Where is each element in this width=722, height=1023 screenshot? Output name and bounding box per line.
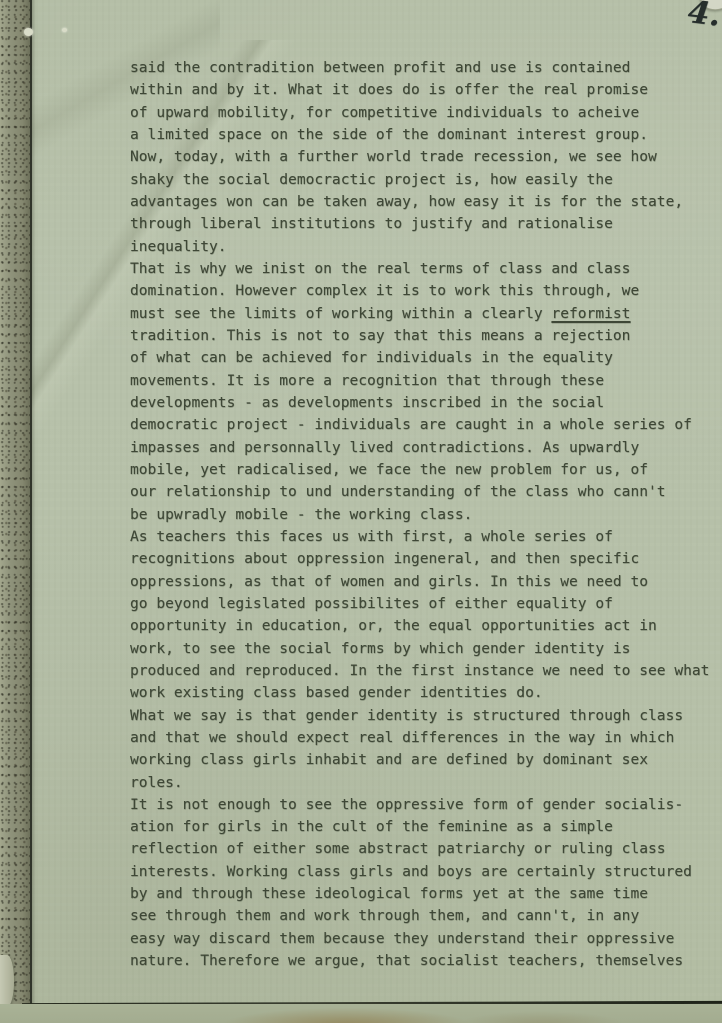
text-line: work existing class based gender identit… bbox=[130, 682, 718, 704]
text-line: That is why we inist on the real terms o… bbox=[130, 258, 718, 280]
text-line: Now, today, with a further world trade r… bbox=[130, 146, 718, 168]
text-line: As teachers this faces us with first, a … bbox=[130, 526, 718, 548]
text-line: produced and reproduced. In the first in… bbox=[130, 660, 718, 682]
torn-edge-notch bbox=[0, 955, 14, 1007]
text-line: oppressions, as that of women and girls.… bbox=[130, 571, 718, 593]
text-line: see through them and work through them, … bbox=[130, 905, 718, 927]
surface-below-page bbox=[0, 1004, 722, 1023]
text-line: movements. It is more a recognition that… bbox=[130, 370, 718, 392]
text-line: domination. However complex it is to wor… bbox=[130, 280, 718, 302]
text-line: easy way discard them because they under… bbox=[130, 928, 718, 950]
text-line: inequality. bbox=[130, 236, 718, 258]
text-line: ation for girls in the cult of the femin… bbox=[130, 816, 718, 838]
text-line: shaky the social democractic project is,… bbox=[130, 169, 718, 191]
text-line: through liberal institutions to justify … bbox=[130, 213, 718, 235]
paper-speck bbox=[24, 28, 33, 36]
text-line: working class girls inhabit and are defi… bbox=[130, 749, 718, 771]
text-line: tradition. This is not to say that this … bbox=[130, 325, 718, 347]
text-line: advantages won can be taken away, how ea… bbox=[130, 191, 718, 213]
handwritten-page-number: 4. bbox=[686, 0, 722, 34]
text-line: and that we should expect real differenc… bbox=[130, 727, 718, 749]
text-line: reflection of either some abstract patri… bbox=[130, 838, 718, 860]
text-line: It is not enough to see the oppressive f… bbox=[130, 794, 718, 816]
text-line: roles. bbox=[130, 772, 718, 794]
text-line: What we say is that gender identity is s… bbox=[130, 705, 718, 727]
text-line: opportunity in education, or, the equal … bbox=[130, 615, 718, 637]
binding-edge bbox=[0, 0, 32, 1023]
text-line: impasses and personnally lived contradic… bbox=[130, 437, 718, 459]
text-block: said the contradition between profit and… bbox=[130, 57, 718, 972]
text-line: said the contradition between profit and… bbox=[130, 57, 718, 79]
document-page: 4. said the contradition between profit … bbox=[0, 0, 722, 1023]
text-line: recognitions about oppression ingeneral,… bbox=[130, 548, 718, 570]
underlined-word: reformist bbox=[551, 306, 630, 322]
text-line: democratic project - individuals are cau… bbox=[130, 414, 718, 436]
text-line: interests. Working class girls and boys … bbox=[130, 861, 718, 883]
paper-speck bbox=[62, 28, 67, 32]
text-line: by and through these ideological forms y… bbox=[130, 883, 718, 905]
text-line: go beyond legislated possibilites of eit… bbox=[130, 593, 718, 615]
text-line: within and by it. What it does do is off… bbox=[130, 79, 718, 101]
text-line: of what can be achieved for individuals … bbox=[130, 347, 718, 369]
text-line: work, to see the social forms by which g… bbox=[130, 638, 718, 660]
text-line: must see the limits of working within a … bbox=[130, 303, 718, 325]
text-line: our relationship to und understanding of… bbox=[130, 481, 718, 503]
text-line: mobile, yet radicalised, we face the new… bbox=[130, 459, 718, 481]
text-line: developments - as developments inscribed… bbox=[130, 392, 718, 414]
text-line: nature. Therefore we argue, that sociali… bbox=[130, 950, 718, 972]
text-line: of upward mobility, for competitive indi… bbox=[130, 102, 718, 124]
text-line: be upwradly mobile - the working class. bbox=[130, 504, 718, 526]
text-line: a limited space on the side of the domin… bbox=[130, 124, 718, 146]
